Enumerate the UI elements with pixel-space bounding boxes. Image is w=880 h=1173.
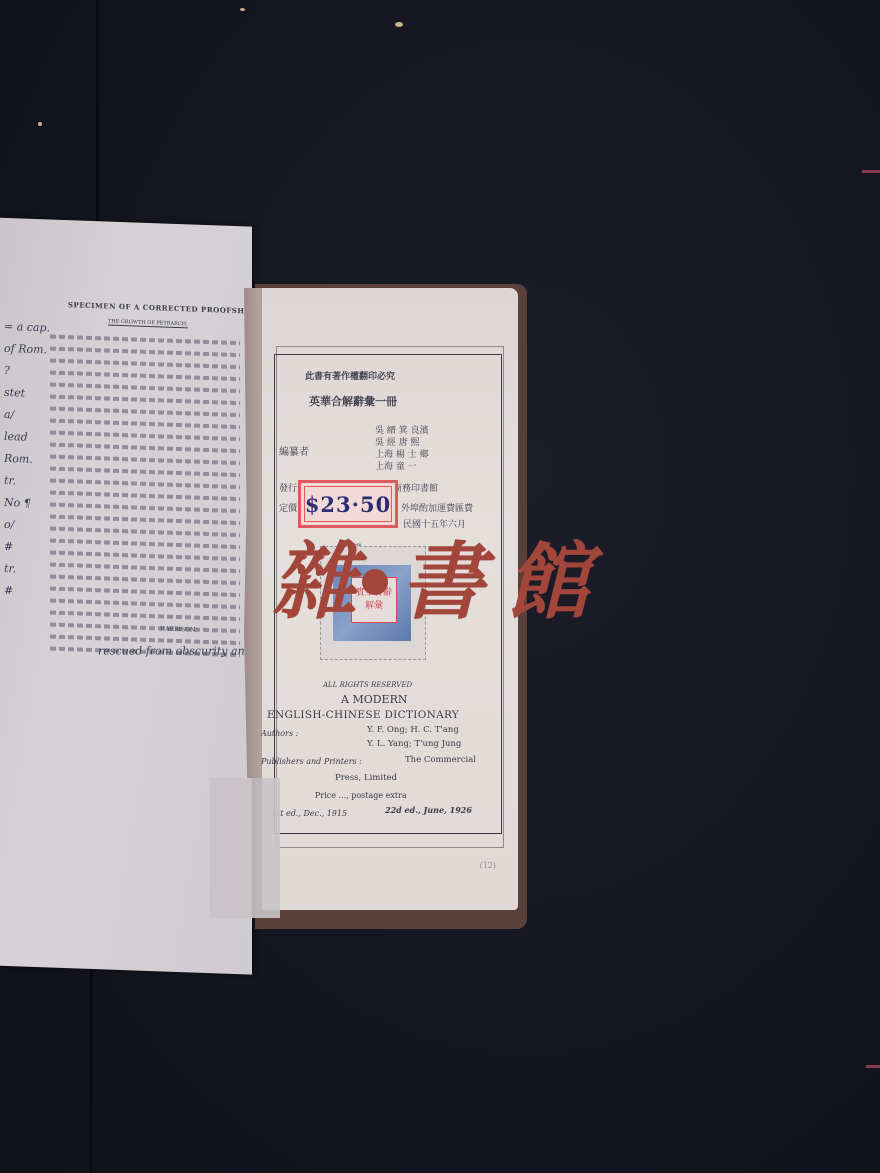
publication-date: 民國十五年六月: [403, 517, 466, 530]
margin-note: Rom.: [4, 448, 52, 472]
margin-note: stet: [4, 382, 52, 406]
first-edition: 1st ed., Dec., 1915: [271, 809, 347, 818]
torn-tape-piece: [210, 778, 280, 918]
page-number: (12): [480, 861, 496, 870]
margin-note: of Rom.: [4, 338, 52, 362]
editor-line: 上海 童 一: [375, 459, 417, 472]
dust-speck: [395, 22, 403, 27]
authors-label: Authors :: [261, 729, 298, 738]
current-edition: 22d ed., June, 1926: [385, 805, 472, 815]
editors-label: 編纂者: [279, 443, 309, 458]
proofsheet-subtitle: THE GROWTH OF PETRARCH.: [108, 319, 188, 329]
edge-mark: [862, 170, 880, 173]
shipping-note: 外埠酌加運費匯費: [401, 501, 473, 514]
chinese-title: 英華合解辭彙一冊: [309, 393, 397, 409]
cloth-crease: [96, 0, 99, 225]
margin-note: tr.: [4, 558, 52, 582]
watermark-char: 雜: [272, 540, 356, 624]
dust-speck: [240, 8, 245, 11]
watermark-char: 書: [400, 540, 484, 624]
all-rights-reserved: ALL RIGHTS RESERVED: [323, 681, 412, 689]
publisher-name: 商務印書館: [393, 481, 438, 494]
watermark-dot: [362, 569, 388, 595]
margin-notes: = a cap. of Rom. ? stet a/ lead Rom. tr.…: [4, 316, 52, 604]
price-stamp: $23·50: [298, 480, 398, 528]
edge-mark: [866, 1065, 880, 1068]
publishers-name-2: Press, Limited: [335, 773, 397, 783]
margin-note: tr.: [4, 470, 52, 494]
margin-note: No ¶: [4, 492, 52, 516]
dust-speck: [38, 122, 42, 126]
copyright-notice: 此書有著作權翻印必究: [305, 369, 395, 382]
margin-note: a/: [4, 404, 52, 428]
english-title-line2: ENGLISH-CHINESE DICTIONARY: [267, 709, 459, 721]
proof-signature: HARRISON.: [160, 625, 197, 633]
publishers-name: The Commercial: [405, 755, 476, 765]
proofsheet-title: SPECIMEN OF A CORRECTED PROOFSHEET.: [68, 300, 264, 316]
price-stamp-value: $23·50: [304, 486, 392, 522]
price-label: 定價: [279, 501, 297, 514]
publishers-label: Publishers and Printers :: [261, 757, 362, 766]
english-title-line1: A MODERN: [341, 693, 407, 706]
authors-line1: Y. F. Ong; H. C. T'ang: [367, 725, 459, 735]
proof-text-block: [50, 335, 240, 666]
authors-line2: Y. L. Yang; T'ung Jung: [367, 739, 461, 749]
cloth-crease: [90, 960, 93, 1173]
margin-note: #: [4, 536, 52, 560]
watermark: 雜 書 館: [272, 532, 590, 632]
margin-note: lead: [4, 426, 52, 450]
margin-note: ?: [4, 360, 52, 384]
margin-note: #: [4, 580, 52, 604]
watermark-char: 館: [506, 540, 590, 624]
margin-note: o/: [4, 514, 52, 538]
margin-note: = a cap.: [4, 316, 52, 340]
price-line: Price ..., postage extra: [315, 791, 407, 800]
